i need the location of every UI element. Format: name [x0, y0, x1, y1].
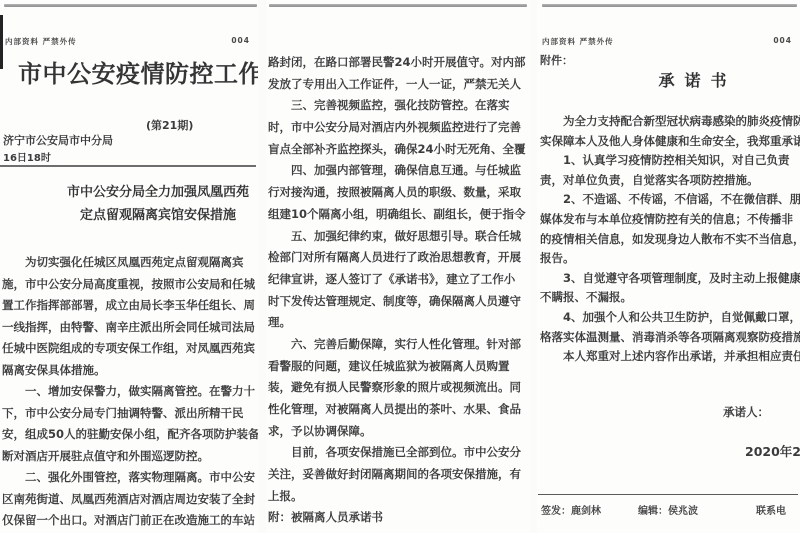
text-line: 纪律宣讲，逐人签订了《承诺书》，建立了工作小 [268, 269, 530, 291]
body-text-page2: 路封闭，在路口部署民警24小时开展值守。对内部发放了专用出入工作证件，一人一证，… [268, 52, 530, 529]
issue-number: (第21期) [146, 117, 193, 133]
text-line: 理。 [268, 312, 530, 334]
article-title-line2: 定点留观隔离宾馆安保措施 [58, 204, 258, 227]
signer-label: 承诺人： [723, 404, 769, 420]
text-line: 本人郑重对上述内容作出承诺，并承担相应责任 [540, 347, 800, 367]
issue-datetime: 16日18时 [3, 149, 51, 164]
page-top-edge [542, 4, 797, 7]
text-line: 性化管理，对被隔离人员提出的茶叶、水果、食品 [268, 399, 530, 421]
text-line: 报告。 [540, 249, 800, 269]
text-line: 上报。 [268, 486, 530, 508]
scan-edge-artifact [0, 15, 3, 69]
text-line: 1、认真学习疫情防控相关知识，对自己负责 [540, 151, 800, 171]
page-top-edge [269, 4, 527, 7]
text-line: 关注，妥善做好封闭隔离期间的各项安保措施，有 [268, 464, 530, 486]
document-header: 内部资料 严禁外传 004 [5, 36, 250, 47]
text-line: 装，避免有损人民警察形象的照片或视频流出。同 [268, 377, 530, 399]
text-line: 置工作指挥部部署，成立由局长李玉华任组长、周 [2, 295, 258, 317]
text-line: 为全力支持配合新型冠状病毒感染的肺炎疫情防 [540, 112, 800, 132]
classification-label: 内部资料 严禁外传 [5, 36, 77, 47]
text-line: 盲点全部补齐监控探头，确保24小时无死角、全覆 [268, 139, 530, 161]
text-line: 安，组成50人的驻勤安保小组，配齐各项防护装备 [2, 424, 258, 446]
pledge-title: 承诺书 [537, 68, 800, 91]
text-line: 附：被隔离人员承诺书 [268, 507, 530, 529]
text-line: 任城中医院组成的专项安保工作组，对凤凰西苑宾 [2, 338, 258, 360]
article-title-line1: 市中公安分局全力加强凤凰西苑 [58, 181, 258, 204]
text-line: 断对酒店开展驻点值守和外围巡逻防控。 [2, 446, 258, 468]
text-line: 4、加强个人和公共卫生防护，自觉佩戴口罩， [540, 308, 800, 328]
text-line: 检部门对所有隔离人员进行了政治思想教育，开展 [268, 247, 530, 269]
text-line: 发放了专用出入工作证件，一人一证，严禁无关人 [268, 74, 530, 96]
text-line: 二、强化外围管控，落实物理隔离。市中公安 [2, 467, 258, 489]
footer-editor: 编辑：侯兆波 [638, 502, 698, 517]
text-line: 的疫情相关信息，如发现身边人散布不实不当信息， [540, 230, 800, 250]
bulletin-masthead-title: 市中公安疫情防控工作 [18, 54, 258, 89]
doc-number: 004 [231, 36, 250, 47]
footer-divider [538, 494, 798, 495]
text-line: 下，市中公安分局专门抽调特警、派出所精干民 [2, 403, 258, 425]
scanned-document-canvas: { "page1": { "header_left": "内部资料 严禁外传",… [0, 0, 800, 533]
document-header: 内部资料 严禁外传 004 [542, 36, 792, 47]
text-line: 2、不造谣、不传谣，不信谣，不在微信群、朋 [540, 190, 800, 210]
text-line: 责，对单位负责，自觉落实各项防控措施。 [540, 171, 800, 191]
text-line: 隔离安保具体措施。 [2, 360, 258, 382]
doc-number: 004 [773, 36, 792, 47]
footer-issuer: 签发：鹿剑林 [541, 502, 601, 517]
bulletin-page-2: 路封闭，在路口部署民警24小时开展值守。对内部发放了专用出入工作证件，一人一证，… [266, 0, 530, 533]
masthead-divider [0, 165, 256, 167]
text-line: 行对接沟通，按照被隔离人员的职级、数量，采取 [268, 182, 530, 204]
text-line: 区南苑街道、凤凰西苑酒店对酒店周边安装了全封 [2, 489, 258, 511]
text-line: 求，予以协调保障。 [268, 421, 530, 443]
text-line: 六、完善后勤保障，实行人性化管理。针对部 [268, 334, 530, 356]
bulletin-page-1: 内部资料 严禁外传 004 市中公安疫情防控工作 (第21期) 济宁市公安局市中… [0, 0, 258, 533]
pledge-date: 2020年2月 [745, 442, 800, 460]
text-line: 目前，各项安保措施已全部到位。市中公安分 [268, 442, 530, 464]
text-line: 媒体发布与本单位疫情防控有关的信息；不传播非 [540, 210, 800, 230]
text-line: 一线指挥，由特警、南辛庄派出所会同任城司法局 [2, 317, 258, 339]
text-line: 四、加强内部管理，确保信息互通。与任城监 [268, 160, 530, 182]
classification-label: 内部资料 严禁外传 [542, 36, 614, 47]
text-line: 不瞒报、不漏报。 [540, 288, 800, 308]
text-line: 五、加强纪律约束，做好思想引导。联合任城 [268, 226, 530, 248]
footer-contact: 联系电 [756, 502, 786, 517]
body-text-page3: 为全力支持配合新型冠状病毒感染的肺炎疫情防实保障本人及他人身体健康和生命安全，我… [540, 112, 800, 367]
issuing-organization: 济宁市公安局市中分局 [3, 132, 113, 148]
text-line: 仅保留一个出口。对酒店门前正在改造施工的车站 [2, 510, 258, 532]
text-line: 路封闭，在路口部署民警24小时开展值守。对内部 [268, 52, 530, 74]
text-line: 一、增加安保警力，做实隔离管控。在警力十 [2, 381, 258, 403]
attachment-label: 附件： [540, 52, 573, 68]
text-line: 时下发传达管理规定、制度等，确保隔离人员遵守 [268, 291, 530, 313]
footer-credits: 签发：鹿剑林 编辑：侯兆波 联系电 [537, 502, 800, 518]
text-line: 实保障本人及他人身体健康和生命安全，我郑重承诺 [540, 132, 800, 152]
text-line: 3、自觉遵守各项管理制度，及时主动上报健康 [540, 269, 800, 289]
text-line: 时，市中公安分局对酒店内外视频监控进行了完善 [268, 117, 530, 139]
page-top-edge [4, 4, 257, 7]
article-title: 市中公安分局全力加强凤凰西苑 定点留观隔离宾馆安保措施 [58, 181, 258, 227]
text-line: 为切实强化任城区凤凰西苑定点留观隔离宾 [2, 252, 258, 274]
text-line: 看警服的问题，建议任城监狱为被隔离人员购置 [268, 356, 530, 378]
text-line: 组建10个隔离小组，明确组长、副组长，便于指令 [268, 204, 530, 226]
text-line: 三、完善视频监控，强化技防管控。在落实 [268, 95, 530, 117]
body-text-page1: 为切实强化任城区凤凰西苑定点留观隔离宾施，市中公安分局高度重视，按照市公安局和任… [2, 252, 258, 532]
text-line: 格落实体温测量、消毒消杀等各项隔离观察防疫措施 [540, 328, 800, 348]
text-line: 施，市中公安分局高度重视，按照市公安局和任城 [2, 274, 258, 296]
pledge-attachment-page: 内部资料 严禁外传 004 附件： 承诺书 为全力支持配合新型冠状病毒感染的肺炎… [537, 0, 800, 533]
